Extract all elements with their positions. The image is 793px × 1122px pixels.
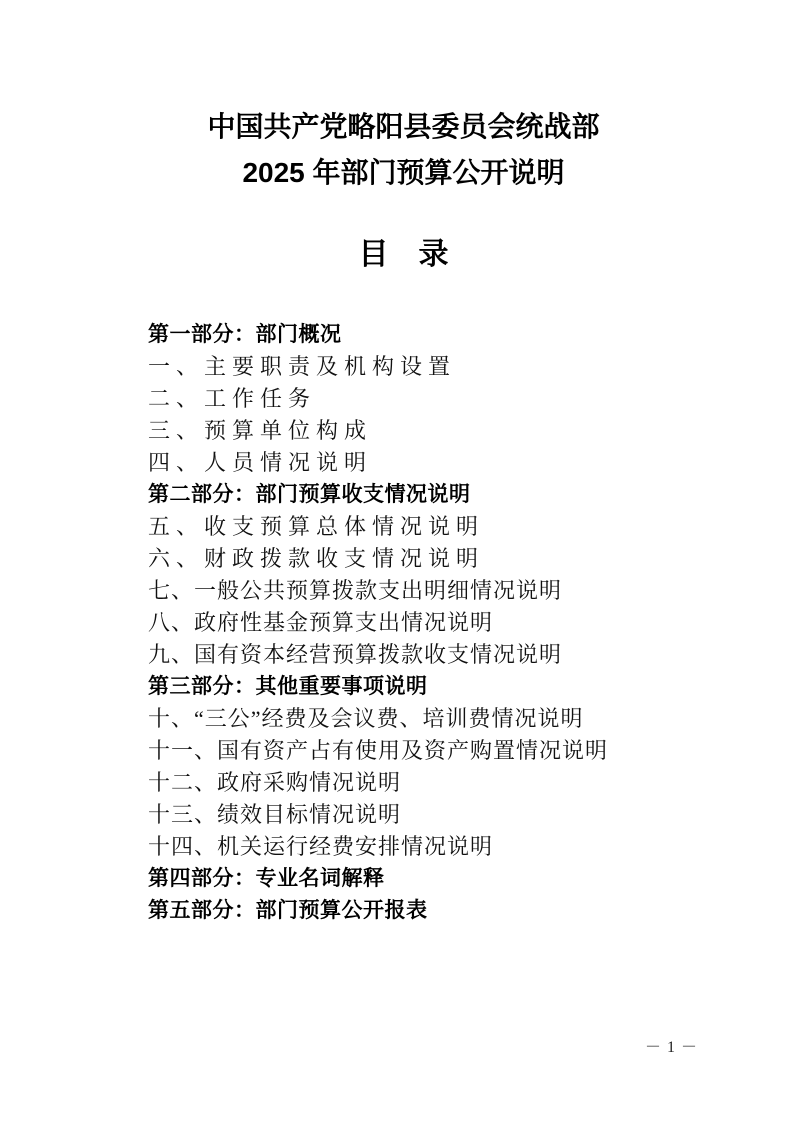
document-title-line2: 2025 年部门预算公开说明 bbox=[14, 150, 793, 196]
document-page: 中国共产党略阳县委员会统战部 2025 年部门预算公开说明 目 录 第一部分：部… bbox=[0, 0, 793, 1122]
toc-entry-5: 五、收支预算总体情况说明 bbox=[148, 511, 753, 543]
toc-section-heading-part1: 第一部分：部门概况 bbox=[148, 319, 753, 351]
toc-section-heading-part5: 第五部分：部门预算公开报表 bbox=[148, 895, 753, 927]
toc-heading: 目 录 bbox=[0, 232, 793, 278]
page-number: － 1 － bbox=[645, 1038, 698, 1058]
toc-section-heading-part4: 第四部分：专业名词解释 bbox=[148, 863, 753, 895]
toc-list: 第一部分：部门概况 一、主要职责及机构设置 二、工作任务 三、预算单位构成 四、… bbox=[148, 319, 753, 927]
toc-entry-9: 九、国有资本经营预算拨款收支情况说明 bbox=[148, 639, 753, 671]
toc-entry-12: 十二、政府采购情况说明 bbox=[148, 767, 753, 799]
toc-entry-6: 六、财政拨款收支情况说明 bbox=[148, 543, 753, 575]
toc-entry-7: 七、一般公共预算拨款支出明细情况说明 bbox=[148, 575, 753, 607]
toc-entry-8: 八、政府性基金预算支出情况说明 bbox=[148, 607, 753, 639]
toc-entry-2: 二、工作任务 bbox=[148, 383, 753, 415]
toc-entry-14: 十四、机关运行经费安排情况说明 bbox=[148, 831, 753, 863]
toc-entry-3: 三、预算单位构成 bbox=[148, 415, 753, 447]
toc-entry-11: 十一、国有资产占有使用及资产购置情况说明 bbox=[148, 735, 753, 767]
toc-section-heading-part3: 第三部分：其他重要事项说明 bbox=[148, 671, 753, 703]
toc-entry-4: 四、人员情况说明 bbox=[148, 447, 753, 479]
document-title: 中国共产党略阳县委员会统战部 2025 年部门预算公开说明 bbox=[0, 104, 793, 196]
document-title-line1: 中国共产党略阳县委员会统战部 bbox=[14, 104, 793, 150]
toc-section-heading-part2: 第二部分：部门预算收支情况说明 bbox=[148, 479, 753, 511]
toc-entry-13: 十三、绩效目标情况说明 bbox=[148, 799, 753, 831]
toc-entry-1: 一、主要职责及机构设置 bbox=[148, 351, 753, 383]
toc-entry-10: 十、“三公”经费及会议费、培训费情况说明 bbox=[148, 703, 753, 735]
